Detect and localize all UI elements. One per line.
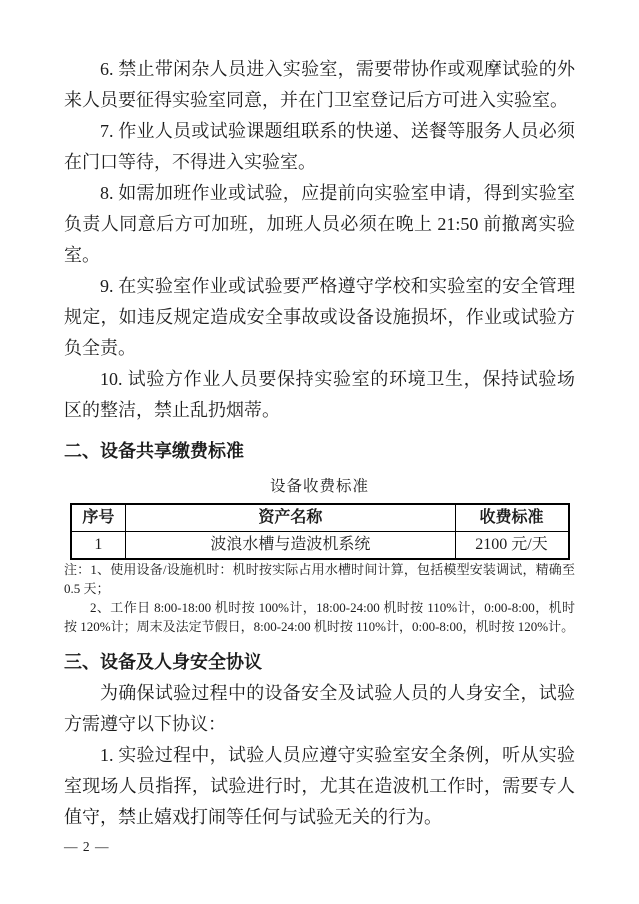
fee-table-caption: 设备收费标准 (64, 476, 575, 497)
note-paragraph-1: 注：1、使用设备/设施机时：机时按实际占用水槽时间计算，包括模型安装调试，精确至… (64, 560, 575, 598)
section-heading-fee-standard: 二、设备共享缴费标准 (64, 436, 575, 467)
fee-table-header-asset-name: 资产名称 (126, 504, 455, 532)
page-number: — 2 — (64, 838, 575, 856)
fee-table-notes: 注：1、使用设备/设施机时：机时按实际占用水槽时间计算，包括模型安装调试，精确至… (64, 560, 575, 636)
safety-paragraph-intro: 为确保试验过程中的设备安全及试验人员的人身安全，试验方需遵守以下协议： (64, 678, 575, 740)
fee-table-row: 1 波浪水槽与造波机系统 2100 元/天 (71, 532, 569, 560)
document-page: 6. 禁止带闲杂人员进入实验室，需要带协作或观摩试验的外来人员要征得实验室同意，… (0, 0, 639, 904)
rule-paragraph-10: 10. 试验方作业人员要保持实验室的环境卫生，保持试验场区的整洁，禁止乱扔烟蒂。 (64, 364, 575, 426)
fee-table-cell-index: 1 (71, 532, 126, 560)
safety-paragraph-1: 1. 实验过程中，试验人员应遵守实验室安全条例，听从实验室现场人员指挥，试验进行… (64, 740, 575, 833)
rule-paragraph-6: 6. 禁止带闲杂人员进入实验室，需要带协作或观摩试验的外来人员要征得实验室同意，… (64, 54, 575, 116)
note-paragraph-2: 2、工作日 8:00-18:00 机时按 100%计，18:00-24:00 机… (64, 598, 575, 636)
rule-paragraph-9: 9. 在实验室作业或试验要严格遵守学校和实验室的安全管理规定，如违反规定造成安全… (64, 271, 575, 364)
fee-table-header-fee-standard: 收费标准 (455, 504, 568, 532)
rule-paragraph-7: 7. 作业人员或试验课题组联系的快递、送餐等服务人员必须在门口等待，不得进入实验… (64, 116, 575, 178)
fee-table-cell-fee: 2100 元/天 (455, 532, 568, 560)
fee-table-cell-asset-name: 波浪水槽与造波机系统 (126, 532, 455, 560)
fee-table-header-row: 序号 资产名称 收费标准 (71, 504, 569, 532)
fee-table: 序号 资产名称 收费标准 1 波浪水槽与造波机系统 2100 元/天 (70, 503, 570, 560)
rule-paragraph-8: 8. 如需加班作业或试验，应提前向实验室申请，得到实验室负责人同意后方可加班，加… (64, 178, 575, 271)
fee-table-header-index: 序号 (71, 504, 126, 532)
section-heading-safety-agreement: 三、设备及人身安全协议 (64, 647, 575, 678)
